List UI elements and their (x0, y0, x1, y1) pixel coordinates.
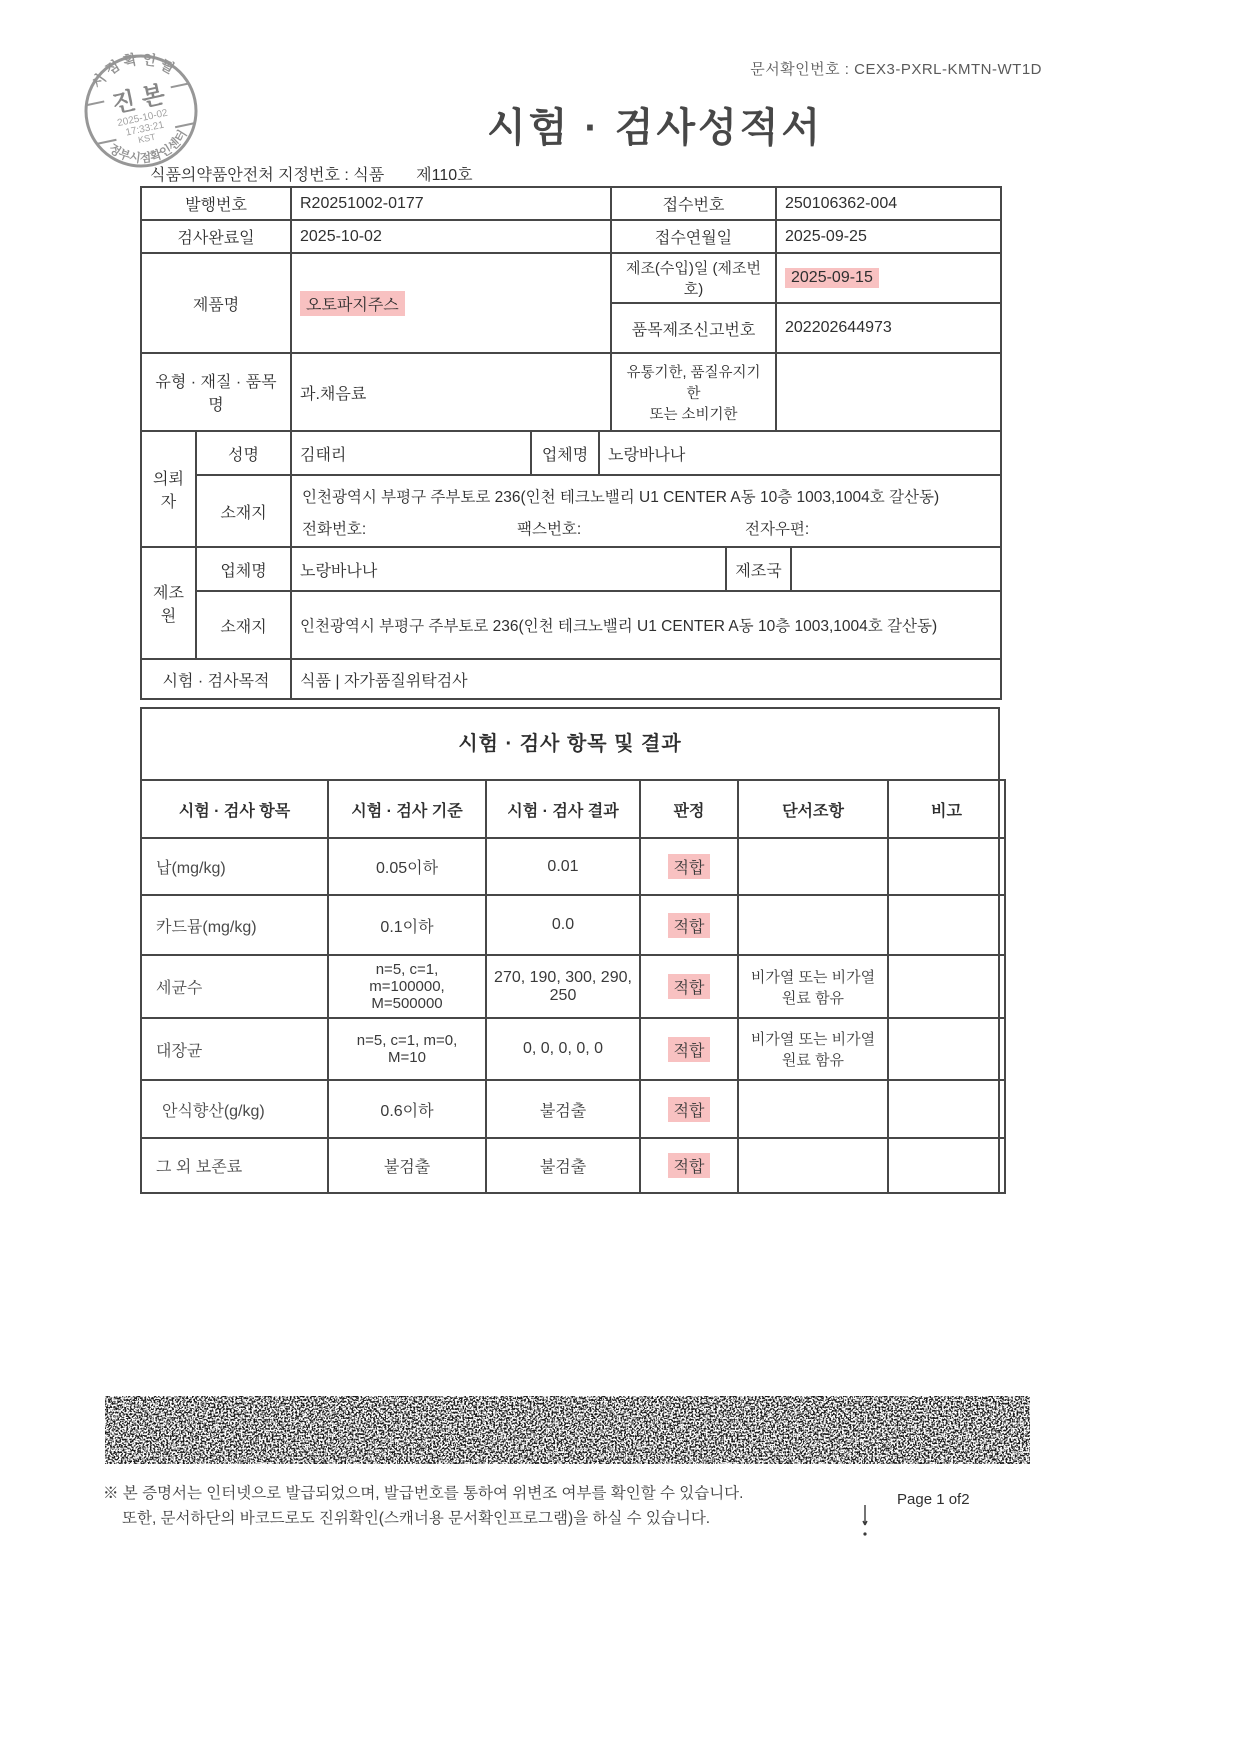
results-header-row: 시험 · 검사 항목 시험 · 검사 기준 시험 · 검사 결과 판정 단서조항… (141, 780, 1005, 838)
result-note (888, 1080, 1005, 1138)
client-name-label: 성명 (196, 431, 291, 475)
complete-date-value: 2025-10-02 (291, 220, 611, 253)
result-verdict: 적합 (640, 955, 738, 1018)
verdict-badge: 적합 (668, 974, 711, 999)
security-noise-band (105, 1396, 1030, 1464)
table-row: 제품명 오토파지주스 제조(수입)일 (제조번호) 2025-09-15 (141, 253, 1001, 303)
receipt-date-value: 2025-09-25 (776, 220, 1001, 253)
result-verdict: 적합 (640, 1018, 738, 1080)
manufacturer-address: 인천광역시 부평구 주부토로 236(인천 테크노밸리 U1 CENTER A동… (291, 591, 1001, 659)
verdict-badge: 적합 (668, 1037, 711, 1062)
table-row: 납(mg/kg) 0.05이하 0.01 적합 (141, 838, 1005, 895)
result-value: 0, 0, 0, 0, 0 (486, 1018, 640, 1080)
table-row: 소재지 인천광역시 부평구 주부토로 236(인천 테크노밸리 U1 CENTE… (141, 475, 1001, 547)
table-row: 제조원 업체명 노랑바나나 제조국 (141, 547, 1001, 591)
results-table: 시험 · 검사 항목 시험 · 검사 기준 시험 · 검사 결과 판정 단서조항… (140, 779, 1006, 1194)
expiry-label: 유통기한, 품질유지기한 또는 소비기한 (611, 353, 776, 431)
result-verdict: 적합 (640, 838, 738, 895)
purpose-label: 시험 · 검사목적 (141, 659, 291, 699)
purpose-table: 시험 · 검사목적 식품 | 자가품질위탁검사 (140, 658, 1002, 700)
col-header-standard: 시험 · 검사 기준 (328, 780, 486, 838)
designation-number: 제110호 (416, 167, 472, 184)
result-item: 그 외 보존료 (141, 1138, 328, 1193)
manufacturer-company-label: 업체명 (196, 547, 291, 591)
client-company-label: 업체명 (531, 431, 599, 475)
verdict-badge: 적합 (668, 913, 711, 938)
result-note (888, 895, 1005, 955)
info-table-section: 발행번호 R20251002-0177 접수번호 250106362-004 검… (140, 186, 1004, 700)
complete-date-label: 검사완료일 (141, 220, 291, 253)
result-item: 안식향산(g/kg) (141, 1080, 328, 1138)
page-number: Page 1 of2 (897, 1491, 970, 1508)
manufacturer-country-label: 제조국 (726, 547, 791, 591)
type-table: 유형 · 재질 · 품목명 과.채음료 유통기한, 품질유지기한 또는 소비기한 (140, 352, 1002, 432)
product-value: 오토파지주스 (291, 253, 611, 353)
client-fax-label: 팩스번호: (517, 517, 745, 539)
table-row: 대장균 n=5, c=1, m=0, M=10 0, 0, 0, 0, 0 적합… (141, 1018, 1005, 1080)
expiry-value (776, 353, 1001, 431)
result-verdict: 적합 (640, 1080, 738, 1138)
result-clause (738, 895, 888, 955)
client-contact-line: 전화번호: 팩스번호: 전자우편: (300, 517, 992, 541)
type-label: 유형 · 재질 · 품목명 (141, 353, 291, 431)
verdict-badge: 적합 (668, 854, 711, 879)
item-report-value: 202202644973 (776, 303, 1001, 353)
client-address: 인천광역시 부평구 주부토로 236(인천 테크노밸리 U1 CENTER A동… (300, 481, 992, 517)
verdict-badge: 적합 (668, 1153, 711, 1178)
page-title: 시험 · 검사성적서 (35, 96, 1240, 153)
doc-confirm-number: 문서확인번호 : CEX3-PXRL-KMTN-WT1D (750, 58, 1042, 79)
verdict-badge: 적합 (668, 1097, 711, 1122)
result-clause: 비가열 또는 비가열 원료 함유 (738, 1018, 888, 1080)
client-section-label: 의뢰자 (141, 431, 196, 547)
certificate-page: 문서확인번호 : CEX3-PXRL-KMTN-WT1D 시험 · 검사성적서 … (0, 0, 1240, 1753)
results-section-title: 시험 · 검사 항목 및 결과 (142, 709, 998, 779)
result-value: 270, 190, 300, 290, 250 (486, 955, 640, 1018)
result-standard: 불검출 (328, 1138, 486, 1193)
receipt-date-label: 접수연월일 (611, 220, 776, 253)
result-standard: n=5, c=1, m=0, M=10 (328, 1018, 486, 1080)
client-company-value: 노랑바나나 (599, 431, 1001, 475)
stamp-top-text: 시 점 확 인 필 (84, 43, 180, 93)
result-verdict: 적합 (640, 895, 738, 955)
result-clause: 비가열 또는 비가열 원료 함유 (738, 955, 888, 1018)
table-row: 검사완료일 2025-10-02 접수연월일 2025-09-25 (141, 220, 1001, 253)
product-label: 제품명 (141, 253, 291, 353)
table-row: 시험 · 검사목적 식품 | 자가품질위탁검사 (141, 659, 1001, 699)
mfg-date-highlight: 2025-09-15 (785, 268, 879, 288)
result-note (888, 1138, 1005, 1193)
client-phone-label: 전화번호: (302, 517, 517, 539)
designation-line: 식품의약품안전처 지정번호 : 식품제110호 (150, 162, 473, 185)
client-addr-cell: 인천광역시 부평구 주부토로 236(인천 테크노밸리 U1 CENTER A동… (291, 475, 1001, 547)
result-clause (738, 838, 888, 895)
client-email-label: 전자우편: (745, 517, 809, 539)
col-header-result: 시험 · 검사 결과 (486, 780, 640, 838)
manufacturer-section-label: 제조원 (141, 547, 196, 659)
client-addr-label: 소재지 (196, 475, 291, 547)
footer-notice: ※ 본 증명서는 인터넷으로 발급되었으며, 발급번호를 통하여 위변조 여부를… (103, 1482, 743, 1532)
type-value: 과.채음료 (291, 353, 611, 431)
table-row: 유형 · 재질 · 품목명 과.채음료 유통기한, 품질유지기한 또는 소비기한 (141, 353, 1001, 431)
result-value: 0.0 (486, 895, 640, 955)
result-verdict: 적합 (640, 1138, 738, 1193)
receipt-no-label: 접수번호 (611, 187, 776, 220)
client-table: 의뢰자 성명 김태리 업체명 노랑바나나 소재지 인천광역시 부평구 주부토로 … (140, 430, 1002, 548)
issue-no-value: R20251002-0177 (291, 187, 611, 220)
mfg-date-label: 제조(수입)일 (제조번호) (611, 253, 776, 303)
manufacturer-table: 제조원 업체명 노랑바나나 제조국 소재지 인천광역시 부평구 주부토로 236… (140, 546, 1002, 660)
result-standard: 0.6이하 (328, 1080, 486, 1138)
designation-text: 식품의약품안전처 지정번호 : 식품 (150, 167, 384, 184)
results-section: 시험 · 검사 항목 및 결과 시험 · 검사 항목 시험 · 검사 기준 시험… (140, 707, 1000, 1194)
client-name-value: 김태리 (291, 431, 531, 475)
col-header-item: 시험 · 검사 항목 (141, 780, 328, 838)
result-item: 대장균 (141, 1018, 328, 1080)
result-value: 불검출 (486, 1138, 640, 1193)
product-table: 제품명 오토파지주스 제조(수입)일 (제조번호) 2025-09-15 품목제… (140, 252, 1002, 354)
result-item: 세균수 (141, 955, 328, 1018)
table-row: 안식향산(g/kg) 0.6이하 불검출 적합 (141, 1080, 1005, 1138)
footer-notice-line1: ※ 본 증명서는 인터넷으로 발급되었으며, 발급번호를 통하여 위변조 여부를… (103, 1482, 743, 1507)
table-row: 세균수 n=5, c=1, m=100000, M=500000 270, 19… (141, 955, 1005, 1018)
table-row: 의뢰자 성명 김태리 업체명 노랑바나나 (141, 431, 1001, 475)
mfg-date-value: 2025-09-15 (776, 253, 1001, 303)
result-note (888, 838, 1005, 895)
col-header-verdict: 판정 (640, 780, 738, 838)
result-note (888, 955, 1005, 1018)
result-item: 카드뮴(mg/kg) (141, 895, 328, 955)
table-row: 카드뮴(mg/kg) 0.1이하 0.0 적합 (141, 895, 1005, 955)
result-clause (738, 1138, 888, 1193)
result-value: 0.01 (486, 838, 640, 895)
purpose-value: 식품 | 자가품질위탁검사 (291, 659, 1001, 699)
footer-notice-line2: 또한, 문서하단의 바코드로도 진위확인(스캐너용 문서확인프로그램)을 하실 … (122, 1507, 743, 1532)
result-note (888, 1018, 1005, 1080)
product-highlight: 오토파지주스 (300, 291, 405, 316)
issue-receipt-table: 발행번호 R20251002-0177 접수번호 250106362-004 검… (140, 186, 1002, 254)
result-standard: n=5, c=1, m=100000, M=500000 (328, 955, 486, 1018)
table-row: 소재지 인천광역시 부평구 주부토로 236(인천 테크노밸리 U1 CENTE… (141, 591, 1001, 659)
result-value: 불검출 (486, 1080, 640, 1138)
manufacturer-addr-label: 소재지 (196, 591, 291, 659)
result-standard: 0.05이하 (328, 838, 486, 895)
scan-artifact-mark-icon (860, 1503, 870, 1546)
issue-no-label: 발행번호 (141, 187, 291, 220)
result-clause (738, 1080, 888, 1138)
manufacturer-company-value: 노랑바나나 (291, 547, 726, 591)
item-report-label: 품목제조신고번호 (611, 303, 776, 353)
table-row: 발행번호 R20251002-0177 접수번호 250106362-004 (141, 187, 1001, 220)
result-standard: 0.1이하 (328, 895, 486, 955)
result-item: 납(mg/kg) (141, 838, 328, 895)
svg-text:시 점 확 인 필: 시 점 확 인 필 (84, 43, 180, 93)
manufacturer-country-value (791, 547, 1001, 591)
receipt-no-value: 250106362-004 (776, 187, 1001, 220)
col-header-note: 비고 (888, 780, 1005, 838)
col-header-clause: 단서조항 (738, 780, 888, 838)
table-row: 그 외 보존료 불검출 불검출 적합 (141, 1138, 1005, 1193)
